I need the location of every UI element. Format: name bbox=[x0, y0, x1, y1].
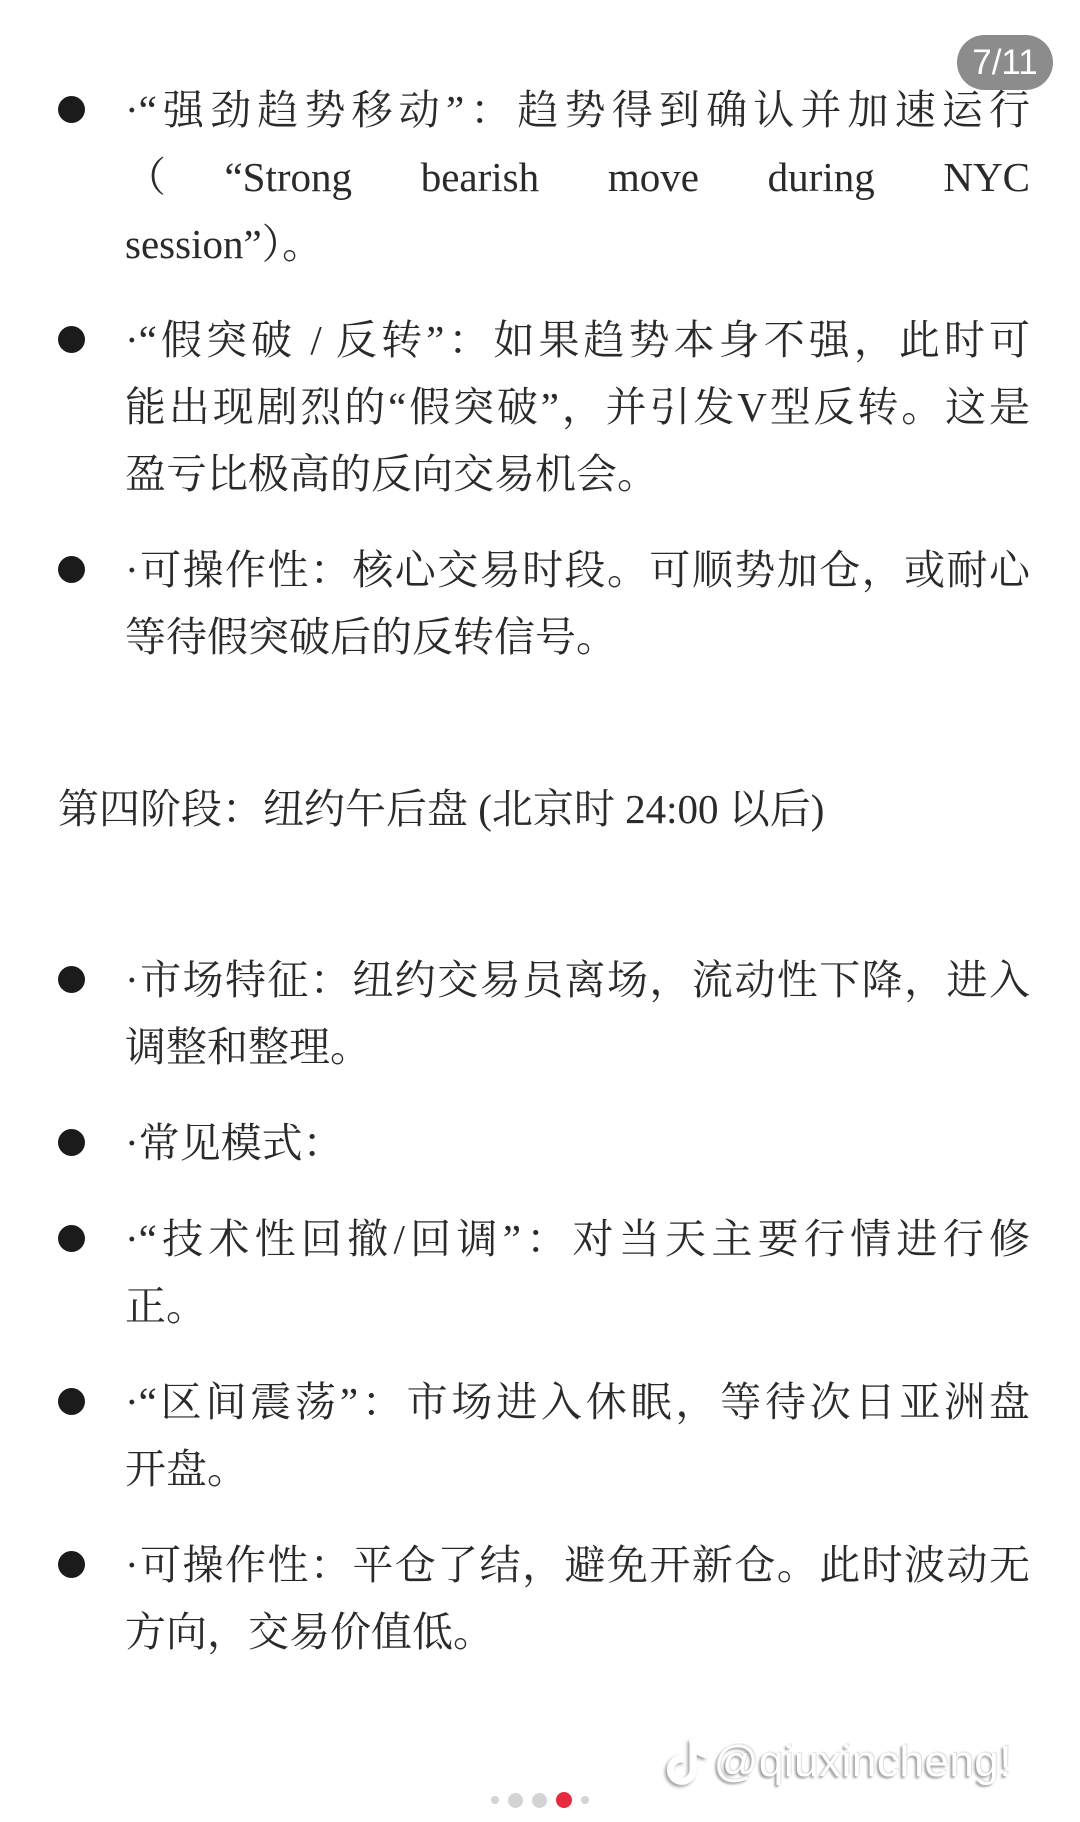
pagination-dot bbox=[532, 1793, 547, 1808]
bullet-item: ·可操作性：核心交易时段。可顺势加仓，或耐心等待假突破后的反转信号。 bbox=[58, 537, 1030, 671]
bullet-list-top: ·“强劲趋势移动”：趋势得到确认并加速运行（“Strong bearish mo… bbox=[58, 77, 1030, 671]
pagination-dot bbox=[508, 1793, 523, 1808]
bullet-marker-dot bbox=[58, 1129, 85, 1156]
bullet-text: ·“假突破 / 反转”：如果趋势本身不强，此时可能出现剧烈的“假突破”，并引发V… bbox=[125, 307, 1030, 508]
bullet-marker-dot bbox=[58, 1551, 85, 1578]
pagination-dot-active bbox=[556, 1792, 572, 1808]
bullet-list-bottom: ·市场特征：纽约交易员离场，流动性下降，进入调整和整理。·常见模式：·“技术性回… bbox=[58, 947, 1030, 1666]
bullet-item: ·市场特征：纽约交易员离场，流动性下降，进入调整和整理。 bbox=[58, 947, 1030, 1081]
bullet-text: ·可操作性：核心交易时段。可顺势加仓，或耐心等待假突破后的反转信号。 bbox=[125, 537, 1030, 671]
bullet-marker-dot bbox=[58, 326, 85, 353]
bullet-item: ·常见模式： bbox=[58, 1110, 1030, 1177]
bullet-item: ·“技术性回撤/回调”：对当天主要行情进行修正。 bbox=[58, 1206, 1030, 1340]
section-heading: 第四阶段：纽约午后盘 (北京时 24:00 以后) bbox=[58, 776, 1030, 843]
watermark-username: @qiuxincheng! bbox=[714, 1736, 1012, 1788]
pagination-dot bbox=[581, 1796, 589, 1804]
bullet-text: ·市场特征：纽约交易员离场，流动性下降，进入调整和整理。 bbox=[125, 947, 1030, 1081]
bullet-item: ·“强劲趋势移动”：趋势得到确认并加速运行（“Strong bearish mo… bbox=[58, 77, 1030, 278]
bullet-item: ·“假突破 / 反转”：如果趋势本身不强，此时可能出现剧烈的“假突破”，并引发V… bbox=[58, 307, 1030, 508]
bullet-marker-dot bbox=[58, 556, 85, 583]
watermark: @qiuxincheng! bbox=[665, 1736, 1012, 1788]
bullet-marker-dot bbox=[58, 1388, 85, 1415]
bullet-text: ·可操作性：平仓了结，避免开新仓。此时波动无方向，交易价值低。 bbox=[125, 1532, 1030, 1666]
pagination-dot bbox=[491, 1796, 499, 1804]
carousel-pagination-dots bbox=[491, 1792, 589, 1808]
bullet-text: ·“区间震荡”：市场进入休眠，等待次日亚洲盘开盘。 bbox=[125, 1369, 1030, 1503]
slide[interactable]: 7/11 ·“强劲趋势移动”：趋势得到确认并加速运行（“Strong beari… bbox=[0, 0, 1080, 1822]
bullet-item: ·“区间震荡”：市场进入休眠，等待次日亚洲盘开盘。 bbox=[58, 1369, 1030, 1503]
bullet-item: ·可操作性：平仓了结，避免开新仓。此时波动无方向，交易价值低。 bbox=[58, 1532, 1030, 1666]
bullet-text: ·常见模式： bbox=[125, 1110, 1030, 1177]
bullet-marker-dot bbox=[58, 96, 85, 123]
bullet-text: ·“技术性回撤/回调”：对当天主要行情进行修正。 bbox=[125, 1206, 1030, 1340]
tiktok-note-icon bbox=[665, 1736, 707, 1788]
slide-content: ·“强劲趋势移动”：趋势得到确认并加速运行（“Strong bearish mo… bbox=[0, 0, 1080, 1695]
bullet-marker-dot bbox=[58, 1225, 85, 1252]
bullet-text: ·“强劲趋势移动”：趋势得到确认并加速运行（“Strong bearish mo… bbox=[125, 77, 1030, 278]
bullet-marker-dot bbox=[58, 966, 85, 993]
